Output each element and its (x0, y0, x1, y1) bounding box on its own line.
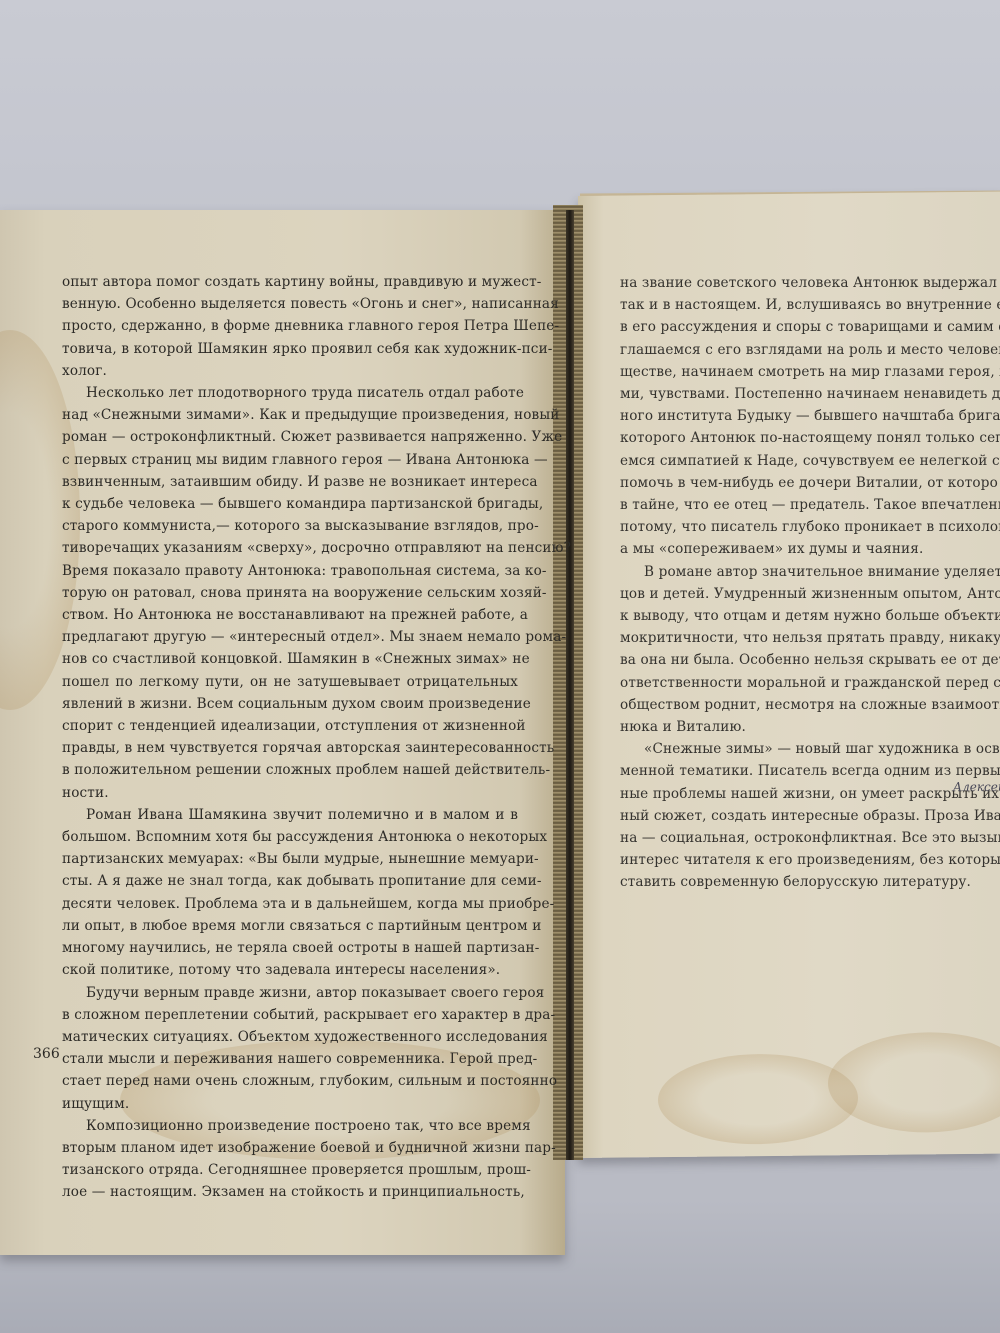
text-line: а мы «сопереживаем» их думы и чаяния. (620, 538, 1000, 560)
text-line: «Снежные зимы» — новый шаг художника в о… (620, 738, 1000, 760)
text-line: к выводу, что отцам и детям нужно больше… (620, 605, 1000, 627)
text-line: ли опыт, в любое время могли связаться с… (62, 915, 518, 937)
text-line: к судьбе человека — бывшего командира па… (62, 493, 518, 515)
text-line: нюка и Виталию. (620, 716, 1000, 738)
text-line: ответственности моральной и гражданской … (620, 672, 1000, 694)
text-line: тиворечащих указаниям «сверху», досрочно… (62, 537, 518, 559)
water-stain (658, 1053, 858, 1145)
water-stain (828, 1031, 1000, 1133)
text-line: товича, в которой Шамякин ярко проявил с… (62, 338, 518, 360)
text-line: ные проблемы нашей жизни, он умеет раскр… (620, 783, 1000, 805)
text-line: так и в настоящем. И, вслушиваясь во вну… (620, 294, 1000, 316)
text-line: емся симпатией к Наде, сочувствуем ее не… (620, 450, 1000, 472)
text-line: ской политике, потому что задевала интер… (62, 959, 518, 981)
text-line: лое — настоящим. Экзамен на стойкость и … (62, 1181, 518, 1203)
text-line: ществе, начинаем смотреть на мир глазами… (620, 361, 1000, 383)
text-line: на — социальная, остроконфликтная. Все э… (620, 827, 1000, 849)
text-line: многому научились, не теряла своей остро… (62, 937, 518, 959)
text-line: в тайне, что ее отец — предатель. Такое … (620, 494, 1000, 516)
text-line: вторым планом идет изображение боевой и … (62, 1137, 518, 1159)
text-line: потому, что писатель глубоко проникает в… (620, 516, 1000, 538)
text-line: над «Снежными зимами». Как и предыдущие … (62, 404, 518, 426)
text-line: ми, чувствами. Постепенно начинаем ненав… (620, 383, 1000, 405)
text-line: взвинченным, затаившим обиду. И разве не… (62, 471, 518, 493)
text-line: мокритичности, что нельзя прятать правду… (620, 627, 1000, 649)
text-line: роман — остроконфликтный. Сюжет развивае… (62, 426, 518, 448)
text-line: цов и детей. Умудренный жизненным опытом… (620, 583, 1000, 605)
text-line: холог. (62, 360, 518, 382)
page-number: 366 (33, 1046, 60, 1062)
text-line: ности. (62, 782, 518, 804)
text-line: ва она ни была. Особенно нельзя скрывать… (620, 649, 1000, 671)
text-line: десяти человек. Проблема эта и в дальней… (62, 893, 518, 915)
text-line: ный сюжет, создать интересные образы. Пр… (620, 805, 1000, 827)
text-line: венную. Особенно выделяется повесть «Ого… (62, 293, 518, 315)
text-line: обществом роднит, несмотря на сложные вз… (620, 694, 1000, 716)
text-line: в положительном решении сложных проблем … (62, 759, 518, 781)
text-line: интерес читателя к его произведениям, бе… (620, 849, 1000, 871)
spine-gutter (566, 210, 574, 1160)
text-line: ставить современную белорусскую литерату… (620, 871, 1000, 893)
text-line: Время показало правоту Антонюка: травопо… (62, 560, 518, 582)
text-line: В романе автор значительное внимание уде… (620, 561, 1000, 583)
text-line: пошел по легкому пути, он не затушевывае… (62, 671, 518, 693)
text-line: правды, в нем чувствуется горячая авторс… (62, 737, 518, 759)
text-line: Будучи верным правде жизни, автор показы… (62, 982, 518, 1004)
text-line: ного института Будыку — бывшего начштаба… (620, 405, 1000, 427)
text-line: торую он ратовал, снова принята на воору… (62, 582, 518, 604)
text-line: большом. Вспомним хотя бы рассуждения Ан… (62, 826, 518, 848)
text-line: старого коммуниста,— которого за высказы… (62, 515, 518, 537)
text-line: тизанского отряда. Сегодняшнее проверяет… (62, 1159, 518, 1181)
left-page-text: опыт автора помог создать картину войны,… (62, 271, 518, 1204)
text-line: с первых страниц мы видим главного героя… (62, 449, 518, 471)
text-line: на звание советского человека Антонюк вы… (620, 272, 1000, 294)
text-line: стали мысли и переживания нашего совреме… (62, 1048, 518, 1070)
text-line: спорит с тенденцией идеализации, отступл… (62, 715, 518, 737)
text-line: просто, сдержанно, в форме дневника глав… (62, 315, 518, 337)
text-line: стает перед нами очень сложным, глубоким… (62, 1070, 518, 1092)
text-line: глашаемся с его взглядами на роль и мест… (620, 339, 1000, 361)
text-line: ищущим. (62, 1093, 518, 1115)
text-line: сты. А я даже не знал тогда, как добыват… (62, 870, 518, 892)
right-page-text: на звание советского человека Антонюк вы… (620, 272, 1000, 894)
text-line: явлений в жизни. Всем социальным духом с… (62, 693, 518, 715)
open-book: опыт автора помог создать картину войны,… (0, 0, 1000, 1333)
text-line: в его рассуждения и споры с товарищами и… (620, 316, 1000, 338)
text-line: помочь в чем-нибудь ее дочери Виталии, о… (620, 472, 1000, 494)
text-line: Несколько лет плодотворного труда писате… (62, 382, 518, 404)
text-line: нов со счастливой концовкой. Шамякин в «… (62, 648, 518, 670)
text-line: партизанских мемуарах: «Вы были мудрые, … (62, 848, 518, 870)
text-line: Композиционно произведение построено так… (62, 1115, 518, 1137)
text-line: матических ситуациях. Объектом художеств… (62, 1026, 518, 1048)
text-line: Роман Ивана Шамякина звучит полемично и … (62, 804, 518, 826)
text-line: в сложном переплетении событий, раскрыва… (62, 1004, 518, 1026)
text-line: ством. Но Антонюка не восстанавливают на… (62, 604, 518, 626)
text-line: предлагают другую — «интересный отдел». … (62, 626, 518, 648)
author-signature: Алексей (953, 780, 1000, 794)
text-line: менной тематики. Писатель всегда одним и… (620, 760, 1000, 782)
text-line: опыт автора помог создать картину войны,… (62, 271, 518, 293)
text-line: которого Антонюк по-настоящему понял тол… (620, 427, 1000, 449)
